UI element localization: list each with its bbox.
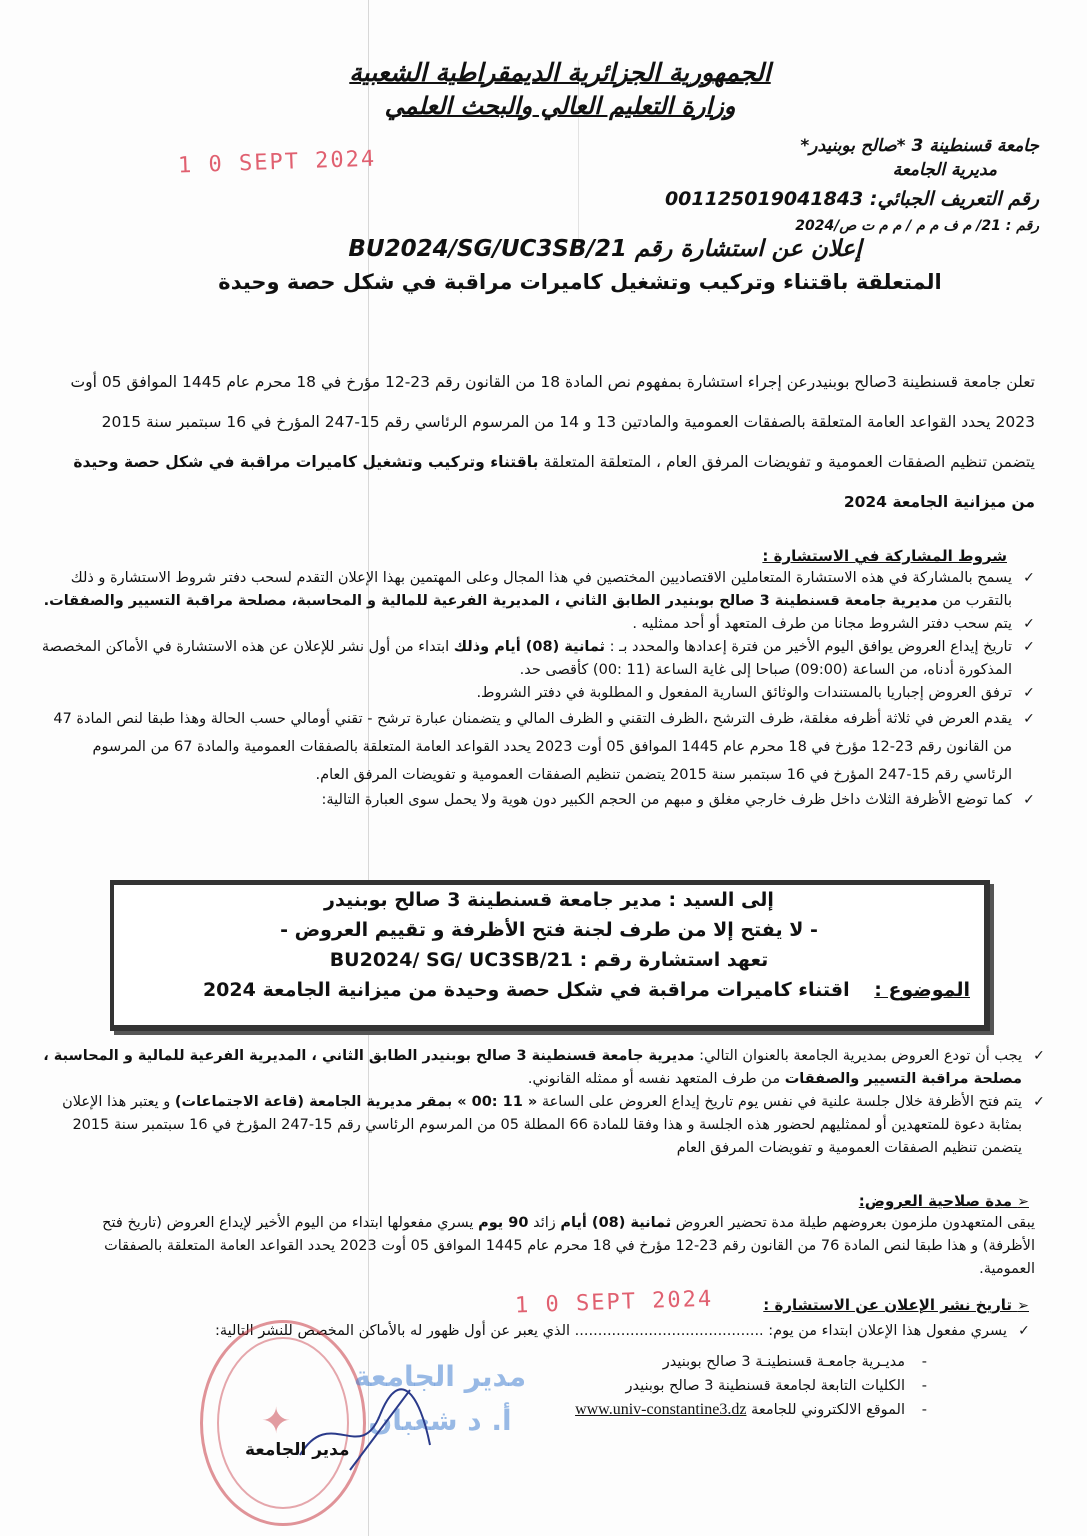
envelope-addressee: إلى السيد : مدير جامعة قسنطينة 3 صالح بو… (114, 885, 984, 915)
envelope-subject: الموضوع : اقتناء كاميرات مراقبة في شكل ح… (114, 975, 984, 1005)
list-item: ✓ يقدم العرض في ثلاثة أظرفه مغلقة، ظرف ا… (40, 705, 1040, 789)
arrow-icon: ➢ (1017, 1194, 1029, 1210)
participation-title: شروط المشاركة في الاستشارة : (762, 547, 1007, 565)
check-icon: ✓ (1018, 613, 1040, 636)
envelope-consultation-number: تعهد استشارة رقم : BU2024/ SG/ UC3SB/21 (114, 945, 984, 975)
list-item: ✓ يسري مفعول هذا الإعلان ابتداء من يوم: … (60, 1320, 1035, 1343)
announcement-title: إعلان عن استشارة رقم BU2024/SG/UC3SB/21 (260, 236, 950, 262)
list-item: ✓ يجب أن تودع العروض بمديرية الجامعة بال… (40, 1045, 1050, 1091)
check-icon: ✓ (1018, 636, 1040, 659)
dash-icon: - (922, 1374, 927, 1398)
scan-fold-line (578, 60, 579, 250)
publication-title: ➢ تاريخ نشر الإعلان عن الاستشارة : (763, 1296, 1029, 1314)
document-page: الجمهورية الجزائرية الديمقراطية الشعبية … (0, 0, 1087, 1536)
signature-title: مدير الجامعة (245, 1440, 350, 1460)
list-item: ✓ ترفق العروض إجباريا بالمستندات والوثائ… (40, 682, 1040, 705)
check-icon: ✓ (1028, 1045, 1050, 1068)
subject-label: الموضوع : (874, 979, 970, 1001)
subject-text: اقتناء كاميرات مراقبة في شكل حصة وحيدة م… (203, 979, 850, 1001)
tax-id-label: رقم التعريف الجبائي: (870, 188, 1039, 210)
list-item: ✓ يتم فتح الأظرفة خلال جلسة علنية في نفس… (40, 1091, 1050, 1160)
list-item: - الموقع الالكتروني للجامعة www.univ-con… (367, 1398, 927, 1422)
website-link[interactable]: www.univ-constantine3.dz (575, 1401, 746, 1418)
check-icon: ✓ (1018, 789, 1040, 812)
check-icon: ✓ (1018, 567, 1040, 590)
list-item: ✓ تاريخ إيداع العروض يوافق اليوم الأخير … (40, 636, 1040, 682)
date-stamp-top: 1 0 SEPT 2024 (178, 147, 377, 179)
participation-list: ✓ يسمح بالمشاركة في هذه الاستشارة المتعا… (40, 567, 1040, 812)
arrow-icon: ➢ (1017, 1298, 1029, 1314)
announcement-subtitle: المتعلقة باقتناء وتركيب وتشغيل كاميرات م… (200, 270, 960, 294)
validity-paragraph: يبقى المتعهدون ملزمون بعروضهم طيلة مدة ت… (60, 1212, 1035, 1281)
envelope-notice: - لا يفتح إلا من طرف لجنة فتح الأظرفة و … (114, 915, 984, 945)
ministry-heading: وزارة التعليم العالي والبحث العلمي (320, 92, 800, 120)
envelope-label-box: إلى السيد : مدير جامعة قسنطينة 3 صالح بو… (110, 880, 990, 1031)
date-stamp-bottom: 1 0 SEPT 2024 (515, 1287, 714, 1319)
list-item: ✓ كما توضع الأظرفة الثلاث داخل ظرف خارجي… (40, 789, 1040, 812)
check-icon: ✓ (1018, 682, 1040, 705)
list-item: ✓ يتم سحب دفتر الشروط مجانا من طرف المتع… (40, 613, 1040, 636)
dash-icon: - (922, 1350, 927, 1374)
list-item: - الكليات التابعة لجامعة قسنطينة 3 صالح … (367, 1374, 927, 1398)
publication-list: ✓ يسري مفعول هذا الإعلان ابتداء من يوم: … (60, 1320, 1035, 1343)
tax-id: رقم التعريف الجبائي: 001125019041843 (559, 188, 1039, 210)
reference-number: رقم : 21/ م ف م م / م م ت ص/2024 (599, 218, 1039, 234)
check-icon: ✓ (1028, 1091, 1050, 1114)
republic-heading: الجمهورية الجزائرية الديمقراطية الشعبية (290, 58, 830, 87)
check-icon: ✓ (1013, 1320, 1035, 1343)
check-icon: ✓ (1018, 705, 1040, 733)
intro-paragraph: تعلن جامعة قسنطينة 3صالح بوبنيدرعن إجراء… (60, 362, 1035, 522)
tax-id-value: 001125019041843 (665, 188, 863, 210)
validity-title: ➢ مدة صلاحية العروض: (859, 1192, 1029, 1210)
list-item: ✓ يسمح بالمشاركة في هذه الاستشارة المتعا… (40, 567, 1040, 613)
directorate-name: مديرية الجامعة (557, 160, 997, 180)
submission-list: ✓ يجب أن تودع العروض بمديرية الجامعة بال… (40, 1045, 1050, 1160)
university-name: جامعة قسنطينة 3 *صالح بوبنيدر* (599, 136, 1039, 156)
dash-icon: - (922, 1398, 927, 1422)
list-item: - مديـرية جامعـة قسنطينـة 3 صالح بوبنيدر (367, 1350, 927, 1374)
publication-places: - مديـرية جامعـة قسنطينـة 3 صالح بوبنيدر… (367, 1350, 927, 1422)
